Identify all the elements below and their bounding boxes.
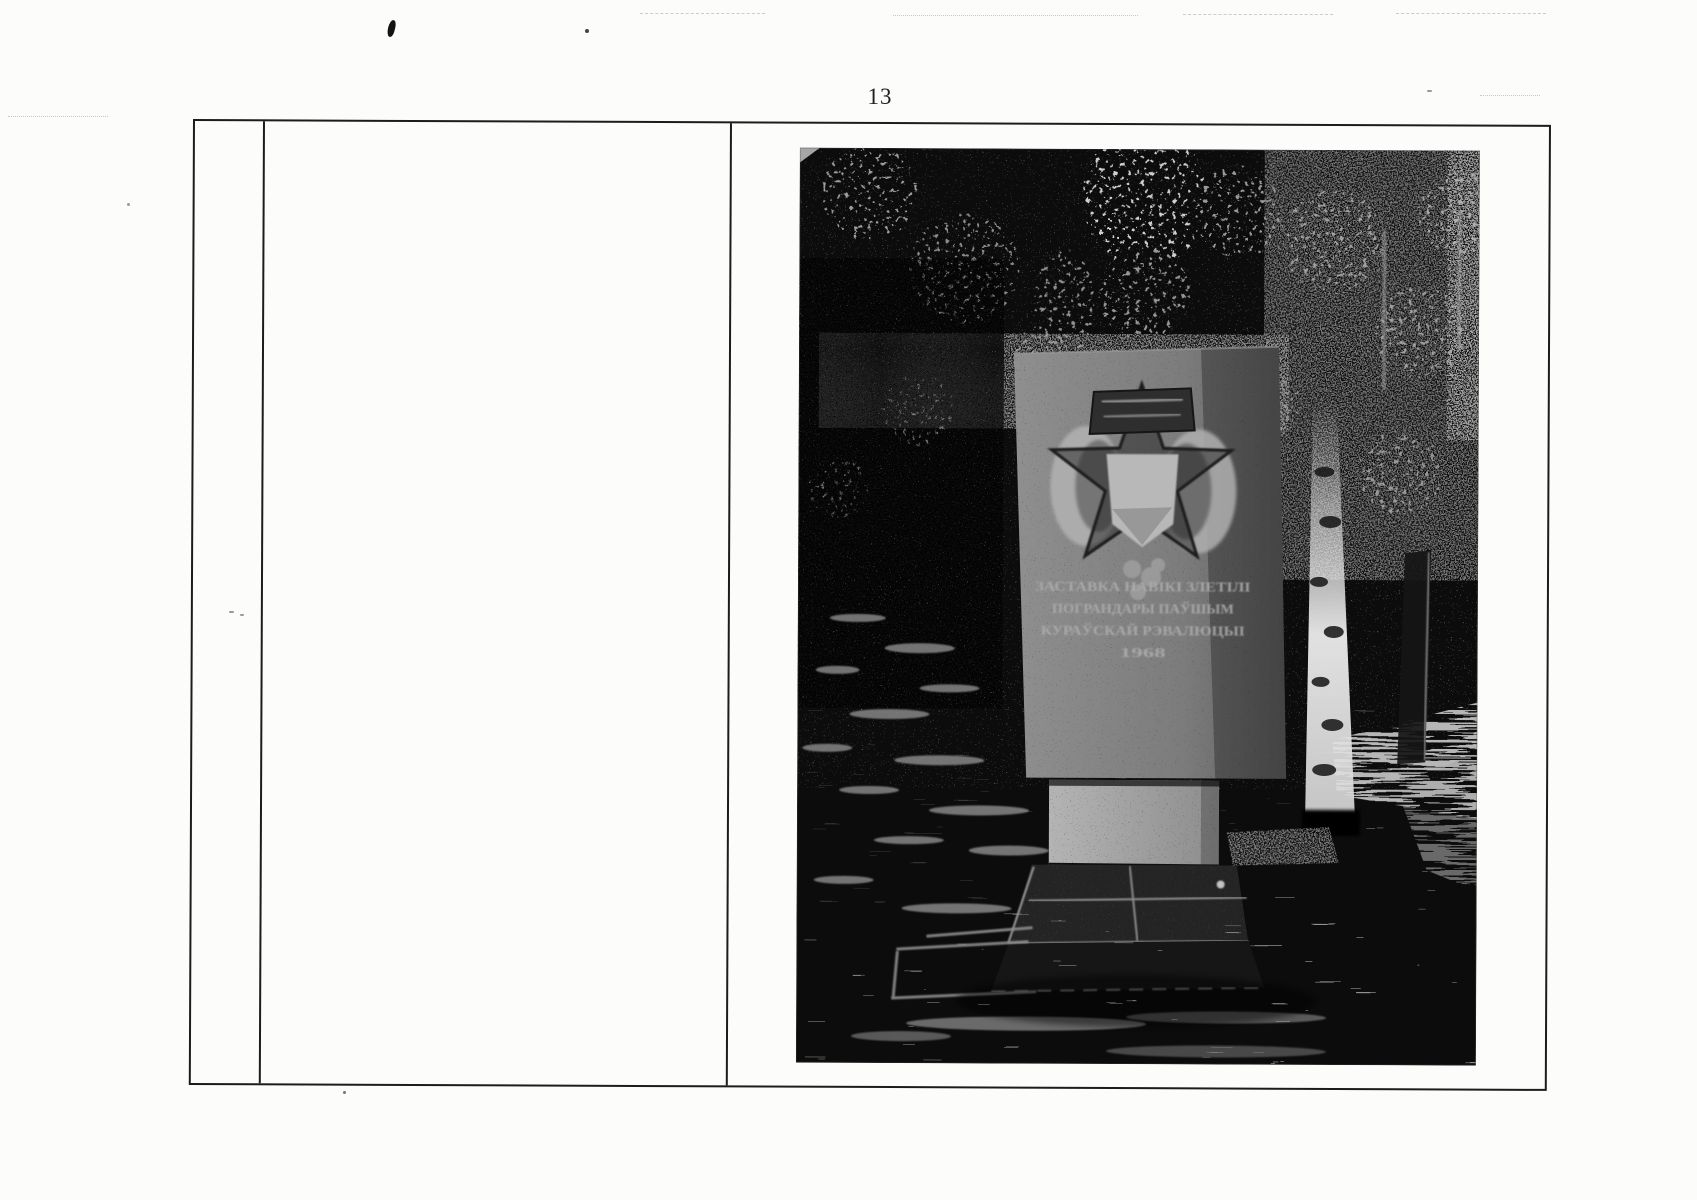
scan-artifact-dash (8, 116, 108, 117)
scanned-page: 13 (0, 0, 1697, 1200)
scan-artifact-speck (1427, 90, 1432, 92)
scan-artifact-dash (1396, 13, 1546, 14)
scan-artifact-speck (127, 203, 130, 206)
pedestal (1049, 780, 1219, 866)
distant-trunk (1382, 230, 1387, 390)
ground-light-patch (1227, 827, 1339, 866)
record-table: ЗАСТАВКА НАВІКІ ЗЛЕТІЛІ ПОГРАНДАРЫ ПАЎШЫ… (189, 119, 1551, 1091)
scan-artifact-dash (893, 15, 1138, 16)
table-cell-photo: ЗАСТАВКА НАВІКІ ЗЛЕТІЛІ ПОГРАНДАРЫ ПАЎШЫ… (728, 123, 1549, 1089)
foliage-shadow (797, 258, 1004, 709)
scan-artifact-speck (343, 1091, 346, 1094)
birch-foliage-edge (1447, 150, 1480, 440)
scan-artifact-speck (585, 29, 589, 33)
photo-frame: ЗАСТАВКА НАВІКІ ЗЛЕТІЛІ ПОГРАНДАРЫ ПАЎШЫ… (796, 148, 1480, 1066)
distant-trunk (1457, 211, 1462, 351)
page-number: 13 (840, 84, 920, 110)
scan-artifact-dash (1183, 14, 1333, 15)
table-cell-description (261, 121, 730, 1085)
ground-streaks-bottom (796, 908, 1477, 1066)
banner (1090, 388, 1195, 434)
monument-photograph: ЗАСТАВКА НАВІКІ ЗЛЕТІЛІ ПОГРАНДАРЫ ПАЎШЫ… (796, 148, 1480, 1066)
inscription-line: 1968 (1120, 646, 1166, 661)
scan-artifact-dash (640, 13, 765, 14)
inscription-line: КУРАЎСКАЙ РЭВАЛЮЦЫІ (1041, 622, 1245, 640)
table-cell-index (191, 121, 263, 1083)
inscription-line: ЗАСТАВКА НАВІКІ ЗЛЕТІЛІ (1035, 580, 1250, 596)
inscription-line: ПОГРАНДАРЫ ПАЎШЫМ (1052, 600, 1234, 618)
scan-artifact-blot (386, 20, 397, 38)
scan-artifact-dash (1480, 95, 1540, 96)
